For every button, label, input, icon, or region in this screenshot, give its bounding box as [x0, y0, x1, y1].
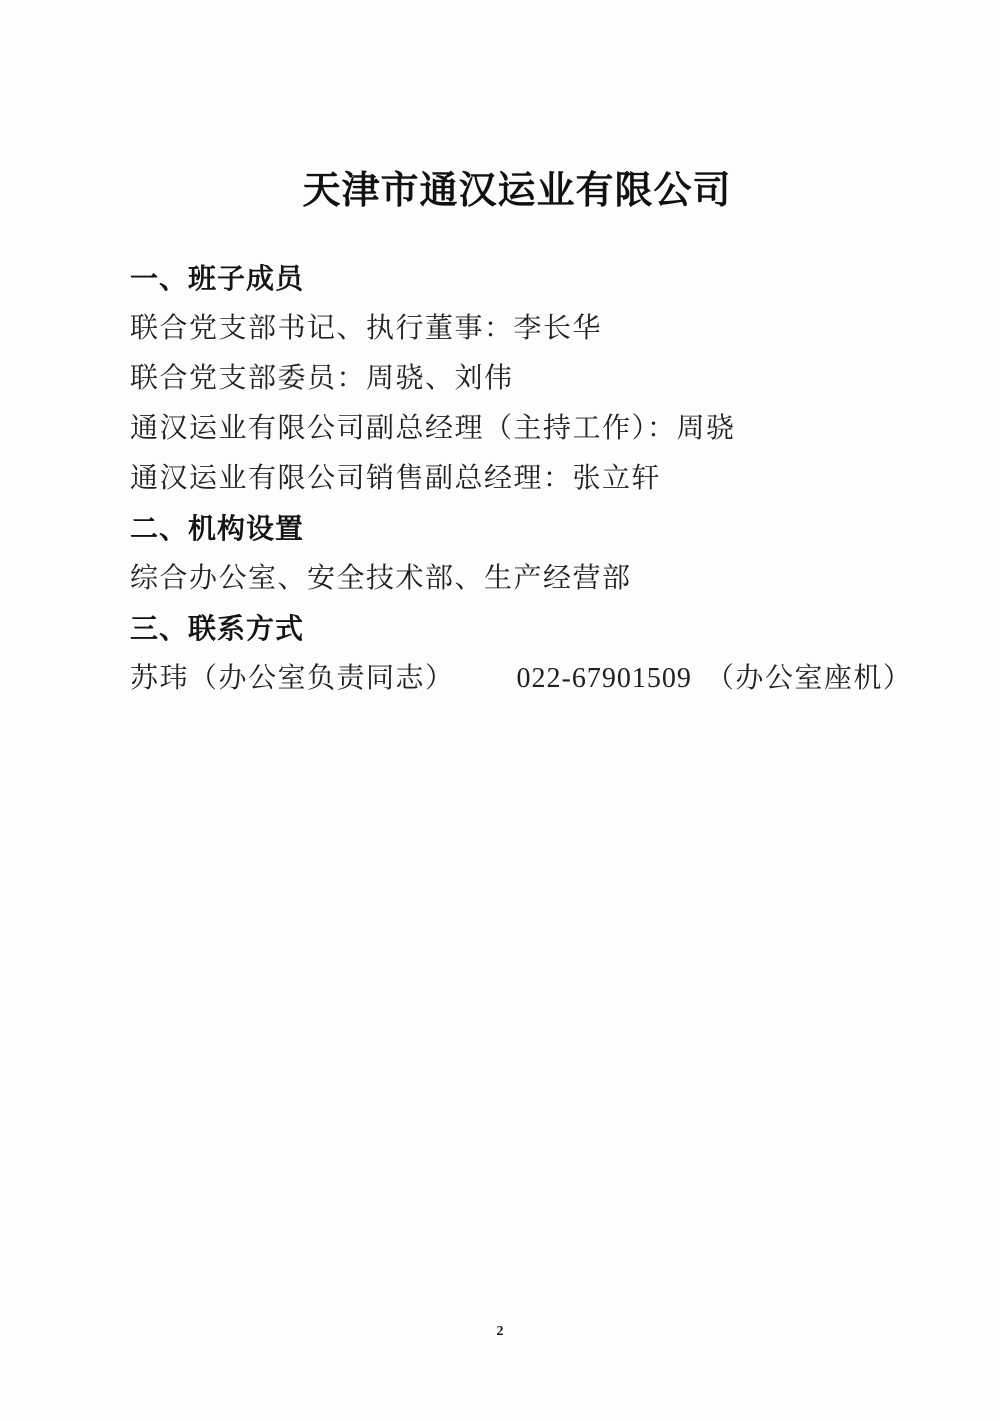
page-number: 2: [0, 1322, 1000, 1342]
leadership-line-sales-deputy-gm: 通汉运业有限公司销售副总经理：张立轩: [130, 454, 878, 504]
contact-person: 苏玮（办公室负责同志）: [130, 654, 455, 704]
section-heading-contact: 三、联系方式: [130, 604, 878, 654]
company-title: 天津市通汉运业有限公司: [143, 168, 891, 212]
contact-line: 苏玮（办公室负责同志） 022-67901509 （办公室座机）: [130, 654, 878, 704]
departments-line: 综合办公室、安全技术部、生产经营部: [130, 554, 878, 604]
contact-phone-note: （办公室座机）: [706, 654, 913, 704]
leadership-line-secretary: 联合党支部书记、执行董事：李长华: [130, 304, 878, 354]
section-heading-departments: 二、机构设置: [130, 504, 878, 554]
section-heading-leadership: 一、班子成员: [130, 254, 878, 304]
document-page: 天津市通汉运业有限公司 一、班子成员 联合党支部书记、执行董事：李长华 联合党支…: [0, 0, 1000, 1421]
leadership-line-committee: 联合党支部委员：周骁、刘伟: [130, 354, 878, 404]
leadership-line-deputy-gm: 通汉运业有限公司副总经理（主持工作）：周骁: [130, 404, 878, 454]
contact-phone-number: 022-67901509: [517, 654, 692, 704]
document-content: 天津市通汉运业有限公司 一、班子成员 联合党支部书记、执行董事：李长华 联合党支…: [130, 168, 878, 704]
